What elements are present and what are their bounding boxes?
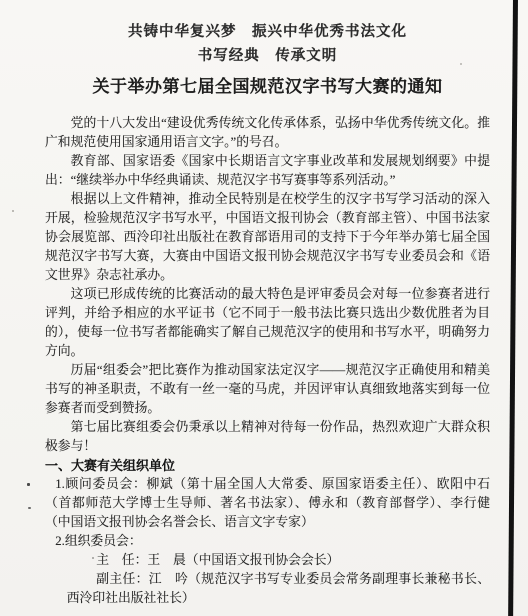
document-content: 共铸中华复兴梦 振兴中华优秀书法文化 书写经典 传承文明 关于举办第七届全国规范… bbox=[0, 0, 528, 608]
section-heading-organizations: 一、大赛有关组织单位 bbox=[45, 456, 490, 475]
slogan-line-1: 共铸中华复兴梦 振兴中华优秀书法文化 bbox=[45, 20, 490, 44]
paragraph-call: 党的十八大发出“建设优秀传统文化传承体系，弘扬中华优秀传统文化。推广和规范使用国… bbox=[45, 114, 490, 152]
noise-speck bbox=[12, 210, 14, 212]
noise-speck bbox=[28, 507, 31, 509]
noise-speck bbox=[92, 557, 94, 559]
paragraph-welcome: 第七届比赛组委会仍秉承以上精神对待每一份作品，热烈欢迎广大群众积极参与！ bbox=[45, 418, 490, 456]
paragraph-committee-duty: 历届“组委会”把比赛作为推动国家法定汉字——规范汉字正确使用和精美书写的神圣职责… bbox=[45, 361, 490, 418]
paragraph-organizers-intro: 根据以上文件精神，推动全民特别是在校学生的汉字书写学习活动的深入开展，检验规范汉… bbox=[45, 190, 490, 285]
role-label-director: 主 任： bbox=[96, 553, 147, 567]
list-item-organizing-committee: 2.组织委员会： bbox=[45, 532, 490, 551]
document-title: 关于举办第七届全国规范汉字书写大赛的通知 bbox=[45, 74, 490, 100]
noise-speck bbox=[27, 483, 30, 486]
list-item-advisory-committee: 1.顾问委员会：柳斌（第十届全国人大常委、原国家语委主任）、欧阳中石（首都师范大… bbox=[45, 475, 490, 532]
paragraph-moe-plan: 教育部、国家语委《国家中长期语言文字事业改革和发展规划纲要》中提出：“继续举办中… bbox=[45, 152, 490, 190]
slogan-line-2: 书写经典 传承文明 bbox=[45, 44, 490, 68]
scanned-notice-page: 共铸中华复兴梦 振兴中华优秀书法文化 书写经典 传承文明 关于举办第七届全国规范… bbox=[0, 0, 528, 616]
noise-speck bbox=[460, 63, 462, 65]
role-line-director: 主 任：王 晨（中国语文报刊协会会长） bbox=[45, 551, 490, 570]
paragraph-contest-feature: 这项已形成传统的比赛活动的最大特色是评审委员会对每一位参赛者进行评判，并给予相应… bbox=[45, 285, 490, 361]
role-label-deputy-director: 副主任： bbox=[96, 572, 149, 586]
role-value-director: 王 晨（中国语文报刊协会会长） bbox=[147, 553, 339, 567]
role-line-deputy-director: 副主任：江 吟（规范汉字书写专业委员会常务副理事长兼秘书长、西泠印社出版社社长） bbox=[45, 570, 490, 608]
